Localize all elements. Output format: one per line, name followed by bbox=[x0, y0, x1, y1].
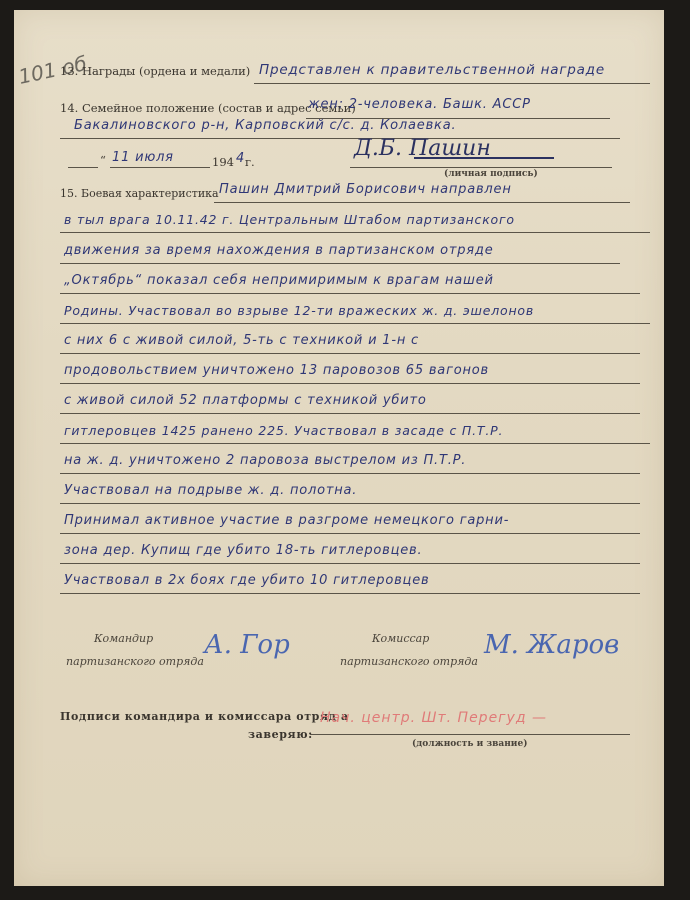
commissar-title-line2: партизанского отряда bbox=[340, 655, 478, 668]
date-year-prefix: 194 bbox=[212, 155, 234, 169]
combat-rule-1 bbox=[60, 232, 650, 233]
combat-rule-9 bbox=[60, 473, 640, 474]
combat-rule-6 bbox=[60, 383, 640, 384]
combat-rule-10 bbox=[60, 503, 640, 504]
document-page: 101 об 13. Награды (ордена и медали) Пре… bbox=[14, 10, 664, 886]
combat-rule-3 bbox=[60, 293, 640, 294]
combat-rule-11 bbox=[60, 533, 640, 534]
certification-value: Нач. центр. Шт. Перегуд — bbox=[320, 710, 547, 726]
certification-label-line1: Подписи командира и комиссара отряд а bbox=[60, 710, 349, 723]
combat-rule-2 bbox=[60, 263, 620, 264]
combat-line-5: с них 6 с живой силой, 5-ть с техникой и… bbox=[64, 333, 419, 348]
date-underline bbox=[110, 167, 210, 168]
combat-line-3: „Октябрь“ показал себя непримиримым к вр… bbox=[64, 273, 494, 288]
signature-caption: (личная подпись) bbox=[444, 169, 538, 179]
certification-underline bbox=[310, 734, 630, 735]
combat-rule-5 bbox=[60, 353, 640, 354]
date-day-month: 11 июля bbox=[112, 150, 174, 165]
combat-line-1: в тыл врага 10.11.42 г. Центральным Штаб… bbox=[64, 212, 515, 227]
combat-rule-7 bbox=[60, 413, 640, 414]
combat-rule-8 bbox=[60, 443, 650, 444]
combat-rule-4 bbox=[60, 323, 650, 324]
commander-title-line1: Командир bbox=[94, 632, 153, 645]
combat-line-7: с живой силой 52 платформы с техникой уб… bbox=[64, 393, 427, 408]
commissar-title-line1: Комиссар bbox=[372, 632, 429, 645]
combat-line-13: Участвовал в 2х боях где убито 10 гитлер… bbox=[64, 573, 429, 588]
combat-label: 15. Боевая характеристика bbox=[60, 187, 219, 200]
combat-line-11: Принимал активное участие в разгроме нем… bbox=[64, 513, 509, 528]
certification-caption: (должность и звание) bbox=[412, 739, 527, 749]
awards-label: 13. Награды (ордена и медали) bbox=[60, 64, 250, 78]
combat-rule-0 bbox=[214, 202, 630, 203]
combat-rule-12 bbox=[60, 563, 640, 564]
date-open-quote: “ bbox=[100, 153, 106, 167]
awards-underline bbox=[254, 83, 650, 84]
commander-signature: А. Гор bbox=[204, 630, 290, 660]
family-underline-2 bbox=[60, 138, 620, 139]
certification-label-line2: заверяю: bbox=[248, 728, 313, 741]
combat-line-8: гитлеровцев 1425 ранено 225. Участвовал … bbox=[64, 423, 503, 438]
family-value-line2: Бакалиновского р-н, Карповский с/с. д. К… bbox=[74, 118, 456, 133]
combat-line-2: движения за время нахождения в партизанс… bbox=[64, 243, 494, 258]
combat-rule-13 bbox=[60, 593, 640, 594]
commissar-signature: М. Жаров bbox=[484, 630, 619, 660]
signature-underline bbox=[350, 167, 612, 168]
combat-line-12: зона дер. Купищ где убито 18-ть гитлеров… bbox=[64, 543, 422, 558]
signature-flourish bbox=[414, 157, 554, 159]
family-value-line1: жен: 2-человека. Башк. АССР bbox=[308, 97, 531, 112]
combat-line-0: Пашин Дмитрий Борисович направлен bbox=[219, 182, 512, 197]
combat-line-4: Родины. Участвовал во взрыве 12-ти враже… bbox=[64, 303, 534, 318]
combat-line-6: продовольствием уничтожено 13 паровозов … bbox=[64, 363, 489, 378]
combat-line-9: на ж. д. уничтожено 2 паровоза выстрелом… bbox=[64, 453, 466, 468]
commander-title-line2: партизанского отряда bbox=[66, 655, 204, 668]
date-year-suffix: 4 bbox=[236, 151, 245, 166]
date-underline-pre bbox=[68, 167, 98, 168]
date-year-unit: г. bbox=[245, 155, 255, 169]
awards-value: Представлен к правительственной награде bbox=[259, 62, 605, 78]
combat-line-10: Участвовал на подрыве ж. д. полотна. bbox=[64, 483, 357, 498]
